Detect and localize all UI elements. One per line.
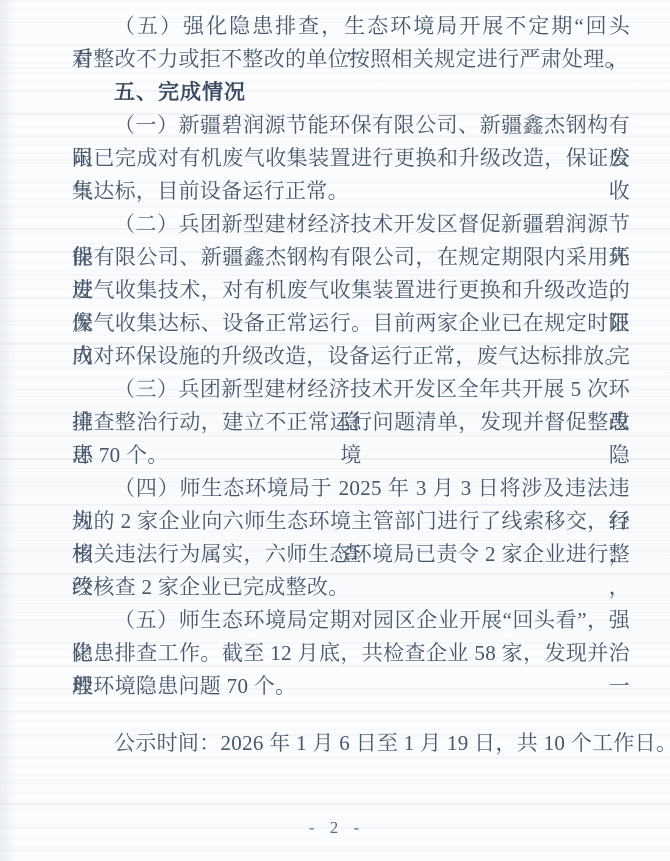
text-line: 为的 2 家企业向六师生态环境主管部门进行了线索移交，经核查， [72, 505, 630, 538]
text-line: 废气收集技术，对有机废气收集装置进行更换和升级改造，保证 [72, 274, 630, 307]
text-line: （五）师生态环境局定期对园区企业开展“回头看”，强化 [72, 604, 630, 637]
text-line: 五、完成情况 [72, 76, 630, 109]
text-line: 排查整治行动，建立不正常运行问题清单，发现并督促整改环境隐 [72, 406, 630, 439]
text-line: （五）强化隐患排查，生态环境局开展不定期“回头看”， [72, 10, 630, 43]
text-line [72, 703, 630, 727]
text-line: 保有限公司、新疆鑫杰钢构有限公司，在规定期限内采用先进的 [72, 241, 630, 274]
text-line: （一）新疆碧润源节能环保有限公司、新疆鑫杰钢构有限公 [72, 109, 630, 142]
text-line: 废气收集达标、设备正常运行。目前两家企业已在规定时限内完 [72, 307, 630, 340]
text-line: 司已完成对有机废气收集装置进行更换和升级改造，保证废气收 [72, 142, 630, 175]
document-body: （五）强化隐患排查，生态环境局开展不定期“回头看”，对整改不力或拒不整改的单位按… [72, 10, 630, 760]
scanned-document-page: （五）强化隐患排查，生态环境局开展不定期“回头看”，对整改不力或拒不整改的单位按… [0, 0, 670, 861]
text-line: （三）兵团新型建材经济技术开发区全年共开展 5 次环境隐患 [72, 373, 630, 406]
page-number: - 2 - [0, 818, 670, 838]
text-line: （二）兵团新型建材经济技术开发区督促新疆碧润源节能环 [72, 208, 630, 241]
text-line: 公示时间：2026 年 1 月 6 日至 1 月 19 日，共 10 个工作日。 [72, 727, 630, 760]
text-line: 成对环保设施的升级改造，设备运行正常，废气达标排放。 [72, 340, 630, 373]
text-line: 隐患排查工作。截至 12 月底，共检查企业 58 家，发现并治理一 [72, 637, 630, 670]
text-line: 相关违法行为属实，六师生态环境局已责令 2 家企业进行整改， [72, 538, 630, 571]
text-line: （四）师生态环境局于 2025 年 3 月 3 日将涉及违法违规行 [72, 472, 630, 505]
text-line: 对整改不力或拒不整改的单位按照相关规定进行严肃处理。 [72, 43, 630, 76]
